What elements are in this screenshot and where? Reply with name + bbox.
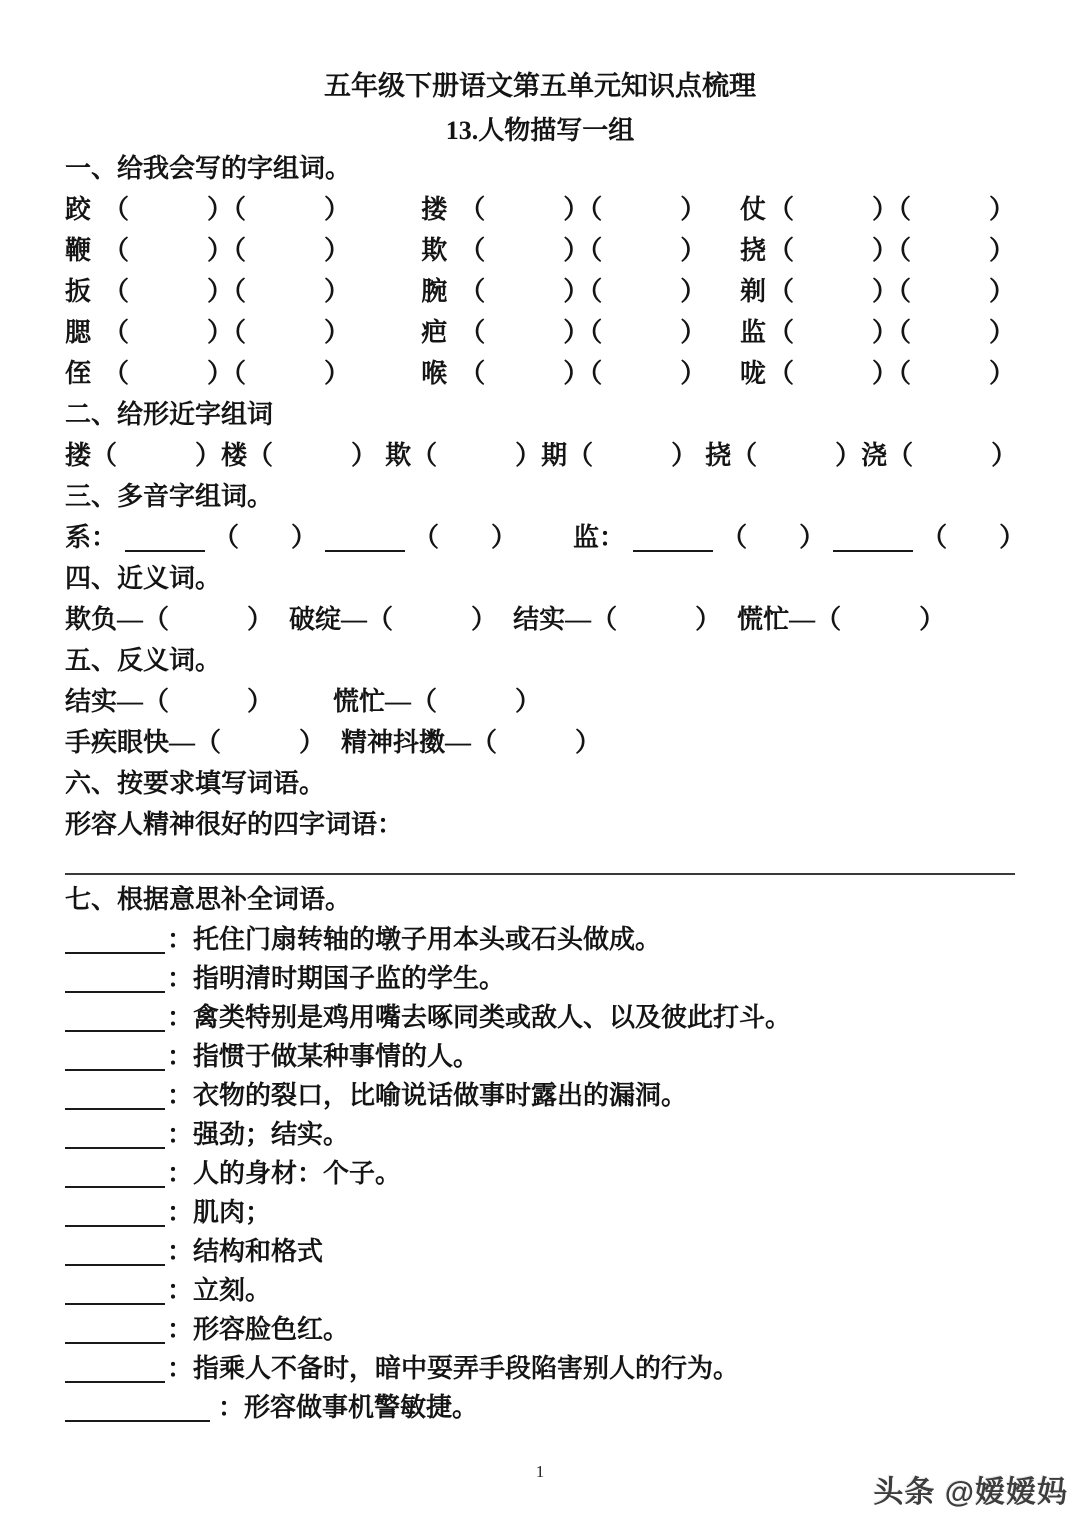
fill-blank — [65, 1225, 165, 1227]
dash-paren-blank: —（ ） — [117, 599, 273, 636]
definition-item: ：形容脸色红。 — [65, 1308, 1015, 1347]
fill-blank — [65, 1186, 165, 1188]
paren-blanks: （ ）（ ） — [103, 230, 350, 267]
paren-blanks: （ ）（ ） — [103, 271, 350, 308]
grid-char: 腮 — [65, 312, 91, 349]
fill-blank — [325, 550, 405, 552]
dash-paren-blank: —（ ） — [445, 722, 601, 759]
grid-cell: 剃（ ）（ ） — [740, 271, 1015, 308]
polyphone-line: 系：（ ）（ ）监：（ ）（ ） — [65, 515, 1015, 556]
page-title: 五年级下册语文第五单元知识点梳理 — [65, 70, 1015, 102]
paren-blanks: （ ） — [887, 435, 1017, 472]
section-3-heading: 三、多音字组词。 — [65, 474, 1015, 515]
section-5-heading: 五、反义词。 — [65, 638, 1015, 679]
fill-blank — [65, 1303, 165, 1305]
dash-paren-blank: —（ ） — [385, 681, 541, 718]
grid-char: 跤 — [65, 189, 91, 226]
fill-blank — [65, 952, 165, 954]
grid-char: 楼 — [221, 435, 247, 472]
paren-blanks: （ ）（ ） — [768, 230, 1015, 267]
definition-item: ：形容做事机警敏捷。 — [65, 1386, 1015, 1425]
fill-blank — [833, 550, 913, 552]
dash-paren-blank: —（ ） — [117, 681, 273, 718]
grid-char: 搂 — [65, 435, 91, 472]
paren-blanks: （ ） — [247, 435, 377, 472]
dash-paren-blank: —（ ） — [789, 599, 945, 636]
antonyms-line-2: 手疾眼快—（ ）精神抖擞—（ ） — [65, 720, 1015, 761]
definitions-list: ：托住门扇转轴的墩子用本头或石头做成。 ：指明清时期国子监的学生。 ：禽类特别是… — [65, 918, 1015, 1425]
fill-blank — [65, 1147, 165, 1149]
watermark-text: 头条 @嫒嫒妈 — [873, 1467, 1068, 1511]
fill-words-prompt: 形容人精神很好的四字词语： — [65, 802, 1015, 843]
definition-text: ：形容做事机警敏捷。 — [218, 1387, 478, 1424]
paren-blanks: （ ） — [921, 517, 1025, 554]
paren-blanks: （ ）（ ） — [103, 312, 350, 349]
definition-item: ：肌肉； — [65, 1191, 1015, 1230]
definition-item: ：指明清时期国子监的学生。 — [65, 957, 1015, 996]
paren-blanks: （ ） — [91, 435, 221, 472]
grid-row: 跤（ ）（ ） 搂（ ）（ ） 仗（ ）（ ） — [65, 187, 1015, 228]
paren-blanks: （ ）（ ） — [768, 312, 1015, 349]
paren-blanks: （ ） — [731, 435, 861, 472]
fill-blank — [65, 1420, 210, 1422]
paren-blanks: （ ）（ ） — [768, 189, 1015, 226]
paren-blanks: （ ）（ ） — [459, 353, 706, 390]
definition-text: ：强劲；结实。 — [167, 1114, 349, 1151]
definition-item: ：强劲；结实。 — [65, 1113, 1015, 1152]
section-6-heading: 六、按要求填写词语。 — [65, 761, 1015, 802]
grid-row: 腮（ ）（ ） 疤（ ）（ ） 监（ ）（ ） — [65, 310, 1015, 351]
definition-text: ：指明清时期国子监的学生。 — [167, 958, 505, 995]
definition-text: ：人的身材：个子。 — [167, 1153, 401, 1190]
grid-char: 仗 — [740, 189, 766, 226]
fill-blank — [65, 1381, 165, 1383]
grid-cell: 跤（ ）（ ） — [65, 189, 421, 226]
paren-blanks: （ ）（ ） — [459, 189, 706, 226]
paren-blanks: （ ） — [411, 435, 541, 472]
definition-item: ：立刻。 — [65, 1269, 1015, 1308]
word: 破绽 — [289, 599, 341, 636]
section-2-heading: 二、给形近字组词 — [65, 392, 1015, 433]
grid-char: 挠 — [740, 230, 766, 267]
grid-row: 侄（ ）（ ） 喉（ ）（ ） 咙（ ）（ ） — [65, 351, 1015, 392]
lesson-subtitle: 13.人物描写一组 — [65, 116, 1015, 146]
grid-cell: 腮（ ）（ ） — [65, 312, 421, 349]
word: 精神抖擞 — [341, 722, 445, 759]
word: 结实 — [65, 681, 117, 718]
grid-char: 挠 — [705, 435, 731, 472]
grid-char: 欺 — [421, 230, 447, 267]
definition-item: ：人的身材：个子。 — [65, 1152, 1015, 1191]
grid-cell: 监（ ）（ ） — [740, 312, 1015, 349]
grid-char: 疤 — [421, 312, 447, 349]
section-4-heading: 四、近义词。 — [65, 556, 1015, 597]
fill-blank — [65, 1342, 165, 1344]
definition-text: ：立刻。 — [167, 1270, 271, 1307]
paren-blanks: （ ）（ ） — [459, 230, 706, 267]
definition-text: ：托住门扇转轴的墩子用本头或石头做成。 — [167, 919, 661, 956]
synonyms-line: 欺负—（ ）破绽—（ ）结实—（ ）慌忙—（ ） — [65, 597, 1015, 638]
polyphone-label: 系： — [65, 517, 117, 554]
word: 慌忙 — [737, 599, 789, 636]
grid-char: 浇 — [861, 435, 887, 472]
definition-item: ：结构和格式 — [65, 1230, 1015, 1269]
grid-cell: 侄（ ）（ ） — [65, 353, 421, 390]
dash-paren-blank: —（ ） — [565, 599, 721, 636]
fill-blank — [65, 1264, 165, 1266]
grid-char: 鞭 — [65, 230, 91, 267]
word: 手疾眼快 — [65, 722, 169, 759]
word: 慌忙 — [333, 681, 385, 718]
section-1-heading: 一、给我会写的字组词。 — [65, 146, 1015, 187]
paren-blanks: （ ）（ ） — [459, 312, 706, 349]
paren-blanks: （ ）（ ） — [103, 189, 350, 226]
grid-char: 监 — [740, 312, 766, 349]
paren-blanks: （ ） — [213, 517, 317, 554]
grid-cell: 挠（ ）（ ） — [740, 230, 1015, 267]
definition-item: ：禽类特别是鸡用嘴去啄同类或敌人、以及彼此打斗。 — [65, 996, 1015, 1035]
polyphone-label: 监： — [573, 517, 625, 554]
definition-text: ：衣物的裂口，比喻说话做事时露出的漏洞。 — [167, 1075, 687, 1112]
definition-item: ：衣物的裂口，比喻说话做事时露出的漏洞。 — [65, 1074, 1015, 1113]
paren-blanks: （ ） — [413, 517, 517, 554]
fill-blank — [633, 550, 713, 552]
grid-char: 搂 — [421, 189, 447, 226]
antonyms-line-1: 结实—（ ）慌忙—（ ） — [65, 679, 1015, 720]
fill-blank — [65, 1108, 165, 1110]
grid-char: 剃 — [740, 271, 766, 308]
section-7-heading: 七、根据意思补全词语。 — [65, 877, 1015, 918]
fill-blank — [125, 550, 205, 552]
paren-blanks: （ ）（ ） — [459, 271, 706, 308]
grid-char: 欺 — [385, 435, 411, 472]
definition-text: ：形容脸色红。 — [167, 1309, 349, 1346]
grid-cell: 疤（ ）（ ） — [421, 312, 740, 349]
grid-char: 咙 — [740, 353, 766, 390]
paren-blanks: （ ）（ ） — [768, 353, 1015, 390]
grid-cell: 腕（ ）（ ） — [421, 271, 740, 308]
fill-blank — [65, 1069, 165, 1071]
grid-cell: 鞭（ ）（ ） — [65, 230, 421, 267]
grid-char: 腕 — [421, 271, 447, 308]
definition-item: ：指惯于做某种事情的人。 — [65, 1035, 1015, 1074]
definition-text: ：禽类特别是鸡用嘴去啄同类或敌人、以及彼此打斗。 — [167, 997, 791, 1034]
grid-cell: 喉（ ）（ ） — [421, 353, 740, 390]
definition-text: ：肌肉； — [167, 1192, 271, 1229]
grid-cell: 搂（ ）（ ） — [421, 189, 740, 226]
grid-cell: 欺（ ）（ ） — [421, 230, 740, 267]
grid-char: 扳 — [65, 271, 91, 308]
worksheet-page: 五年级下册语文第五单元知识点梳理 13.人物描写一组 一、给我会写的字组词。 跤… — [0, 0, 1080, 1527]
character-word-grid: 跤（ ）（ ） 搂（ ）（ ） 仗（ ）（ ） 鞭（ ）（ ） 欺（ ）（ ） … — [65, 187, 1015, 392]
grid-row: 扳（ ）（ ） 腕（ ）（ ） 剃（ ）（ ） — [65, 269, 1015, 310]
grid-char: 侄 — [65, 353, 91, 390]
fill-blank — [65, 991, 165, 993]
definition-item: ：托住门扇转轴的墩子用本头或石头做成。 — [65, 918, 1015, 957]
word: 欺负 — [65, 599, 117, 636]
dash-paren-blank: —（ ） — [169, 722, 325, 759]
paren-blanks: （ ）（ ） — [768, 271, 1015, 308]
word: 结实 — [513, 599, 565, 636]
definition-text: ：指惯于做某种事情的人。 — [167, 1036, 479, 1073]
paren-blanks: （ ）（ ） — [103, 353, 350, 390]
grid-cell: 仗（ ）（ ） — [740, 189, 1015, 226]
definition-text: ：结构和格式 — [167, 1231, 323, 1268]
section-divider-line — [65, 873, 1015, 875]
grid-cell: 扳（ ）（ ） — [65, 271, 421, 308]
definition-item: ：指乘人不备时，暗中耍弄手段陷害别人的行为。 — [65, 1347, 1015, 1386]
grid-cell: 咙（ ）（ ） — [740, 353, 1015, 390]
grid-char: 喉 — [421, 353, 447, 390]
paren-blanks: （ ） — [721, 517, 825, 554]
paren-blanks: （ ） — [567, 435, 697, 472]
grid-row: 鞭（ ）（ ） 欺（ ）（ ） 挠（ ）（ ） — [65, 228, 1015, 269]
definition-text: ：指乘人不备时，暗中耍弄手段陷害别人的行为。 — [167, 1348, 739, 1385]
dash-paren-blank: —（ ） — [341, 599, 497, 636]
grid-char: 期 — [541, 435, 567, 472]
similar-characters-line: 搂（ ）楼（ ）欺（ ）期（ ）挠（ ）浇（ ） — [65, 433, 1015, 474]
fill-blank — [65, 1030, 165, 1032]
